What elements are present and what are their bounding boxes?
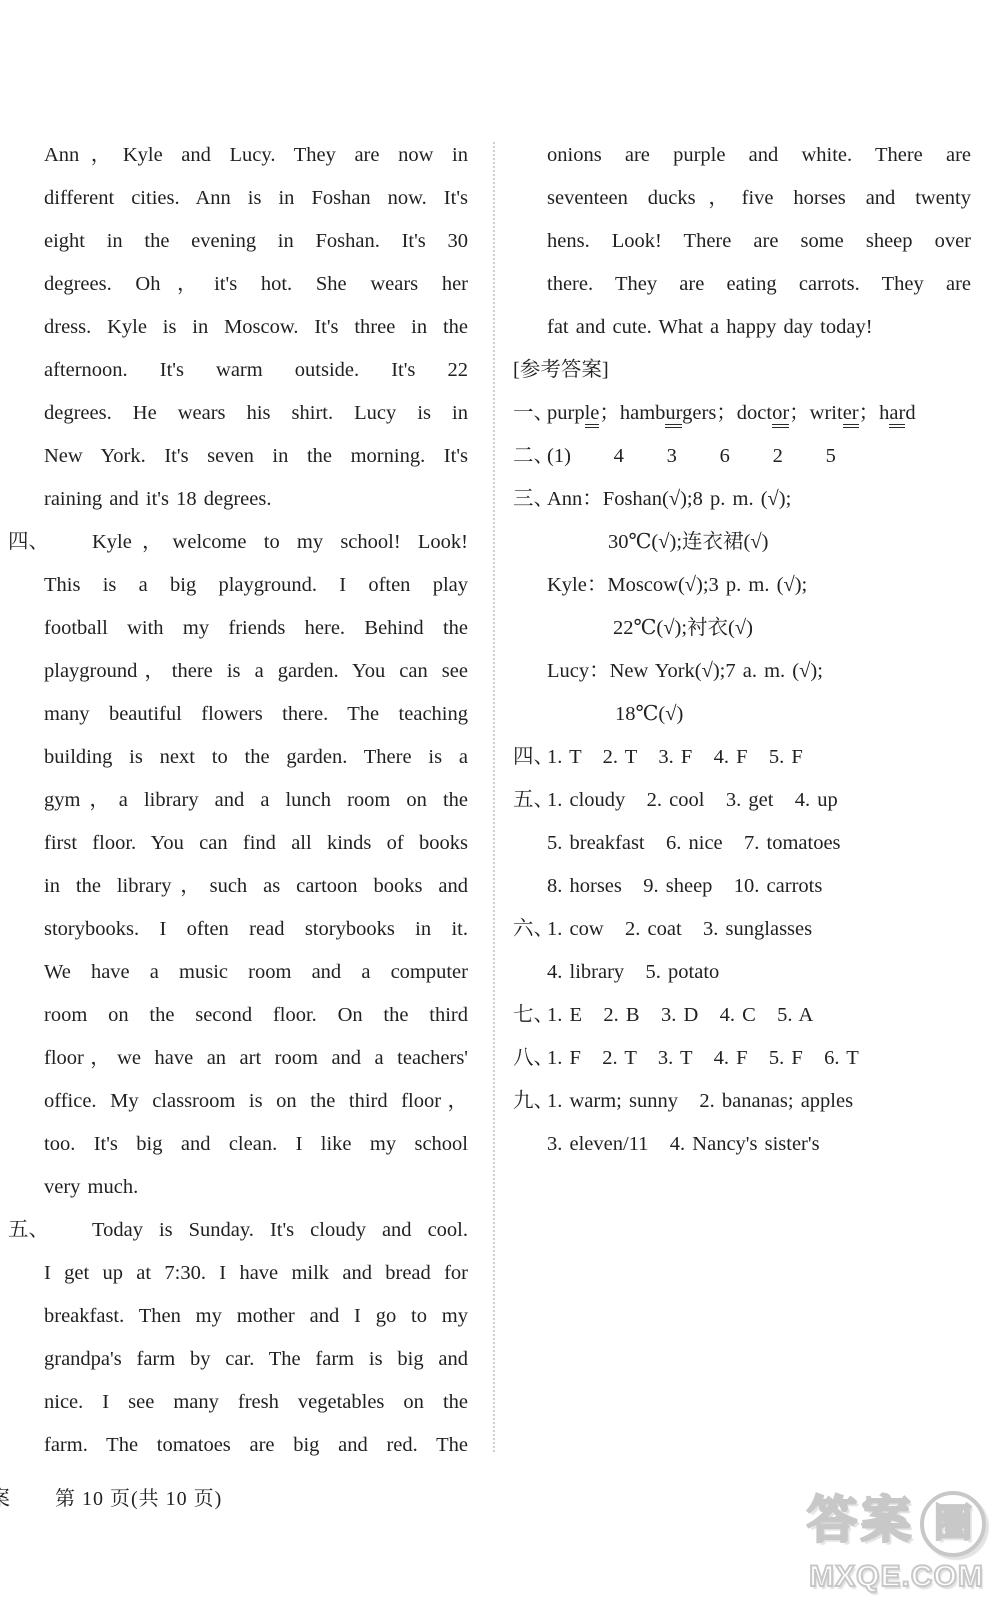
text-line: 30℃(√);连衣裙(√) [547,521,971,564]
text-line: 八、1. F 2. T 3. T 4. F 5. F 6. T [547,1037,971,1080]
text-segment: storybooks. I often read storybooks in i… [44,918,468,940]
text-segment: 1. cloudy 2. cool 3. get 4. up [547,789,838,811]
text-line: floor，we have an art room and a teachers… [44,1037,468,1080]
text-line: very much. [44,1166,468,1209]
text-segment: Kyle：Moscow(√);3 p. m. (√); [547,574,807,596]
text-line: 三、Ann：Foshan(√);8 p. m. (√); [547,478,971,521]
text-segment: 5. breakfast 6. nice 7. tomatoes [547,832,841,854]
text-segment: raining and it's 18 degrees. [44,488,271,510]
text-segment: first floor. You can find all kinds of b… [44,832,468,854]
text-segment: afternoon. It's warm outside. It's 22 [44,359,468,381]
watermark-domain-text: MXQE.COM [807,1560,986,1594]
text-segment: 8. horses 9. sheep 10. carrots [547,875,822,897]
text-segment: seventeen ducks，five horses and twenty [547,187,971,209]
text-segment: grandpa's farm by car. The farm is big a… [44,1348,468,1370]
text-segment: hens. Look! There are some sheep over [547,230,971,252]
text-line: 22℃(√);衬衣(√) [547,607,971,650]
text-line: We have a music room and a computer [44,951,468,994]
text-segment: farm. The tomatoes are big and red. The [44,1434,468,1456]
text-line: breakfast. Then my mother and I go to my [44,1295,468,1338]
text-segment: Ann：Foshan(√);8 p. m. (√); [547,488,791,510]
text-line: too. It's big and clean. I like my schoo… [44,1123,468,1166]
watermark-chinese-text: 答案圈 [807,1491,986,1557]
text-segment: I get up at 7:30. I have milk and bread … [44,1262,468,1284]
text-segment: gym，a library and a lunch room on the [44,789,468,811]
text-line: football with my friends here. Behind th… [44,607,468,650]
text-line: dress. Kyle is in Moscow. It's three in … [44,306,468,349]
text-line: 六、1. cow 2. coat 3. sunglasses [547,908,971,951]
text-line: New York. It's seven in the morning. It'… [44,435,468,478]
text-line: nice. I see many fresh vegetables on the [44,1381,468,1424]
answer-circle-watermark: 答案圈 MXQE.COM [807,1491,986,1594]
text-segment: Kyle，welcome to my school! Look! [92,531,468,553]
section-marker: 五、 [8,1209,49,1252]
text-line: [参考答案] [513,349,971,392]
text-segment: 1. E 2. B 3. D 4. C 5. A [547,1004,813,1026]
column-divider [493,142,495,1452]
text-segment: degrees. He wears his shirt. Lucy is in [44,402,468,424]
text-line: hens. Look! There are some sheep over [547,220,971,263]
right-text-column: onions are purple and white. There arese… [547,134,971,1166]
text-line: 8. horses 9. sheep 10. carrots [547,865,971,908]
text-line: 七、1. E 2. B 3. D 4. C 5. A [547,994,971,1037]
text-segment: 1. cow 2. coat 3. sunglasses [547,918,812,940]
text-line: 五、1. cloudy 2. cool 3. get 4. up [547,779,971,822]
text-line: 二、(1) 4 3 6 2 5 [547,435,971,478]
text-line: playground，there is a garden. You can se… [44,650,468,693]
underlined-letters: ar [889,402,905,428]
text-line: 18℃(√) [547,693,971,736]
text-segment: This is a big playground. I often play [44,574,468,596]
text-segment: very much. [44,1176,138,1198]
text-line: many beautiful flowers there. The teachi… [44,693,468,736]
text-segment: office. My classroom is on the third flo… [44,1090,468,1112]
text-segment: fat and cute. What a happy day today! [547,316,873,338]
text-line: 3. eleven/11 4. Nancy's sister's [547,1123,971,1166]
text-segment: 30℃(√);连衣裙(√) [608,531,768,553]
text-segment: [参考答案] [513,359,609,381]
text-segment: football with my friends here. Behind th… [44,617,468,639]
text-segment: onions are purple and white. There are [547,144,971,166]
text-line: 九、1. warm; sunny 2. bananas; apples [547,1080,971,1123]
text-line: 5. breakfast 6. nice 7. tomatoes [547,822,971,865]
text-line: degrees. He wears his shirt. Lucy is in [44,392,468,435]
text-segment: 1. F 2. T 3. T 4. F 5. F 6. T [547,1047,859,1069]
text-segment: Today is Sunday. It's cloudy and cool. [92,1219,468,1241]
text-line: afternoon. It's warm outside. It's 22 [44,349,468,392]
text-segment: floor，we have an art room and a teachers… [44,1047,468,1069]
text-line: 五、Today is Sunday. It's cloudy and cool. [44,1209,468,1252]
text-segment: Lucy：New York(√);7 a. m. (√); [547,660,823,682]
section-marker: 四、 [513,736,554,779]
watermark-circled-character: 圈 [920,1491,986,1557]
text-segment: playground，there is a garden. You can se… [44,660,468,682]
underlined-letters: er [843,402,859,428]
text-line: fat and cute. What a happy day today! [547,306,971,349]
text-segment: (1) 4 3 6 2 5 [547,445,836,467]
underlined-letters: le [585,402,600,428]
text-segment: 1. warm; sunny 2. bananas; apples [547,1090,853,1112]
text-segment: 3. eleven/11 4. Nancy's sister's [547,1133,820,1155]
text-line: This is a big playground. I often play [44,564,468,607]
text-line: I get up at 7:30. I have milk and bread … [44,1252,468,1295]
left-text-column: Ann，Kyle and Lucy. They are now indiffer… [44,134,468,1467]
text-segment: d [905,402,915,424]
page-number-label: 第 10 页(共 10 页) [55,1482,222,1511]
text-segment: gers；doct [682,402,772,424]
text-segment: nice. I see many fresh vegetables on the [44,1391,468,1413]
text-segment: in the library，such as cartoon books and [44,875,468,897]
text-line: onions are purple and white. There are [547,134,971,177]
section-marker: 七、 [513,994,554,1037]
section-marker: 八、 [513,1037,554,1080]
text-line: grandpa's farm by car. The farm is big a… [44,1338,468,1381]
text-line: raining and it's 18 degrees. [44,478,468,521]
text-segment: ；hamb [599,402,665,424]
text-line: room on the second floor. On the third [44,994,468,1037]
section-marker: 六、 [513,908,554,951]
text-segment: room on the second floor. On the third [44,1004,468,1026]
text-segment: 18℃(√) [615,703,683,725]
text-segment: degrees. Oh，it's hot. She wears her [44,273,468,295]
text-segment: New York. It's seven in the morning. It'… [44,445,468,467]
text-line: 四、1. T 2. T 3. F 4. F 5. F [547,736,971,779]
text-segment: ；h [859,402,890,424]
text-line: in the library，such as cartoon books and [44,865,468,908]
text-line: office. My classroom is on the third flo… [44,1080,468,1123]
text-line: farm. The tomatoes are big and red. The [44,1424,468,1467]
text-line: Ann，Kyle and Lucy. They are now in [44,134,468,177]
text-segment: dress. Kyle is in Moscow. It's three in … [44,316,468,338]
text-segment: ；writ [789,402,843,424]
text-line: seventeen ducks，five horses and twenty [547,177,971,220]
underlined-letters: ur [665,402,682,428]
text-line: building is next to the garden. There is… [44,736,468,779]
text-line: 一、purple；hamburgers；doctor；writer；hard [547,392,971,435]
section-marker: 五、 [513,779,554,822]
section-marker: 三、 [513,478,554,521]
section-marker: 四、 [8,521,49,564]
text-line: first floor. You can find all kinds of b… [44,822,468,865]
text-line: different cities. Ann is in Foshan now. … [44,177,468,220]
text-segment: there. They are eating carrots. They are [547,273,971,295]
text-line: eight in the evening in Foshan. It's 30 [44,220,468,263]
text-line: Lucy：New York(√);7 a. m. (√); [547,650,971,693]
section-marker: 一、 [513,392,554,435]
text-segment: eight in the evening in Foshan. It's 30 [44,230,468,252]
text-segment: 4. library 5. potato [547,961,719,983]
text-segment: We have a music room and a computer [44,961,468,983]
text-line: Kyle：Moscow(√);3 p. m. (√); [547,564,971,607]
text-line: degrees. Oh，it's hot. She wears her [44,263,468,306]
text-line: storybooks. I often read storybooks in i… [44,908,468,951]
text-segment: 22℃(√);衬衣(√) [613,617,753,639]
text-segment: Ann，Kyle and Lucy. They are now in [44,144,468,166]
text-line: gym，a library and a lunch room on the [44,779,468,822]
text-segment: many beautiful flowers there. The teachi… [44,703,468,725]
section-marker: 二、 [513,435,554,478]
text-line: 4. library 5. potato [547,951,971,994]
text-segment: 1. T 2. T 3. F 4. F 5. F [547,746,803,768]
text-line: there. They are eating carrots. They are [547,263,971,306]
text-segment: too. It's big and clean. I like my schoo… [44,1133,468,1155]
text-segment: different cities. Ann is in Foshan now. … [44,187,468,209]
text-segment: breakfast. Then my mother and I go to my [44,1305,468,1327]
workbook-answer-page: Ann，Kyle and Lucy. They are now indiffer… [0,0,996,1600]
text-segment: building is next to the garden. There is… [44,746,468,768]
clipped-margin-character: 案 [0,1482,10,1512]
section-marker: 九、 [513,1080,554,1123]
underlined-letters: or [772,402,789,428]
text-line: 四、Kyle，welcome to my school! Look! [44,521,468,564]
